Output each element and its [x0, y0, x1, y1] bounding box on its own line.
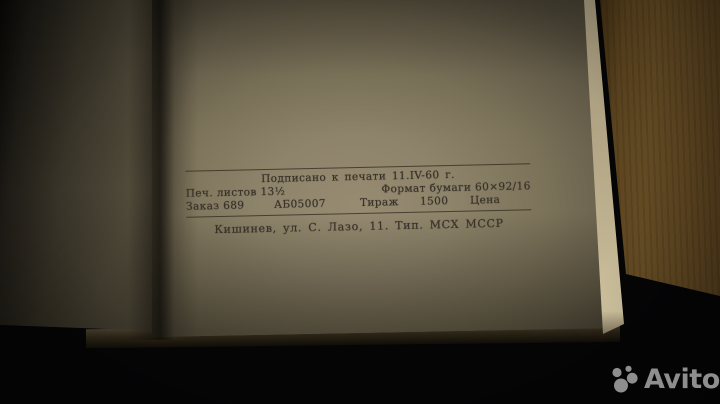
colophon-block: Подписано к печати 11.IV-60 г. Печ. лист…: [185, 163, 531, 238]
colophon-order: Заказ 689: [186, 199, 245, 213]
avito-watermark: Avito: [609, 364, 720, 399]
avito-dots-logo-icon: [609, 364, 639, 399]
book-photo: Подписано к печати 11.IV-60 г. Печ. лист…: [0, 0, 720, 404]
book-gutter-shadow: [128, 0, 186, 340]
colophon-print-run-label: Тираж: [360, 196, 399, 210]
colophon-code: АБ05007: [274, 198, 326, 212]
colophon-print-run-value: 1500: [420, 195, 449, 209]
avito-wordmark: Avito: [644, 364, 720, 395]
colophon-price-label: Цена: [470, 194, 501, 208]
